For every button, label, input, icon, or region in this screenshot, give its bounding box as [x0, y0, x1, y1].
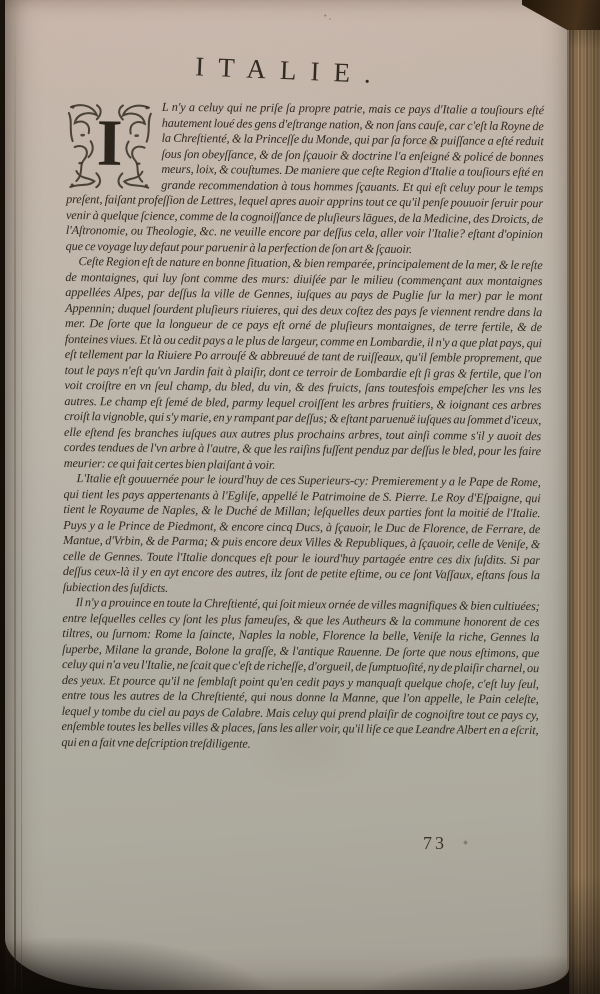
paragraph: Ceſte Region eſt de nature en bonne ſitu…	[64, 254, 543, 475]
paper-stain	[321, 12, 333, 22]
paragraph: I L n'y a celuy qui ne priſe ſa propre p…	[66, 99, 544, 258]
paragraph: L'Italie eſt gouuernée pour le iourd'huy…	[63, 471, 541, 599]
text-block: I L n'y a celuy qui ne priſe ſa propre p…	[61, 99, 544, 754]
drop-cap-woodcut: I	[66, 101, 153, 192]
book-page: ITALIE.	[5, 0, 569, 990]
drop-cap-initial: I	[97, 111, 123, 177]
book-photo: ITALIE.	[0, 0, 600, 994]
page-number: 73	[423, 833, 447, 854]
page-title: ITALIE.	[43, 45, 524, 96]
paragraph: Il n'y a prouince en toute la Chreſtient…	[61, 595, 539, 754]
book-fore-edge-pages	[569, 0, 600, 994]
gutter-crease	[21, 0, 22, 990]
gutter-crease	[14, 0, 16, 990]
paper-stain	[463, 840, 468, 845]
